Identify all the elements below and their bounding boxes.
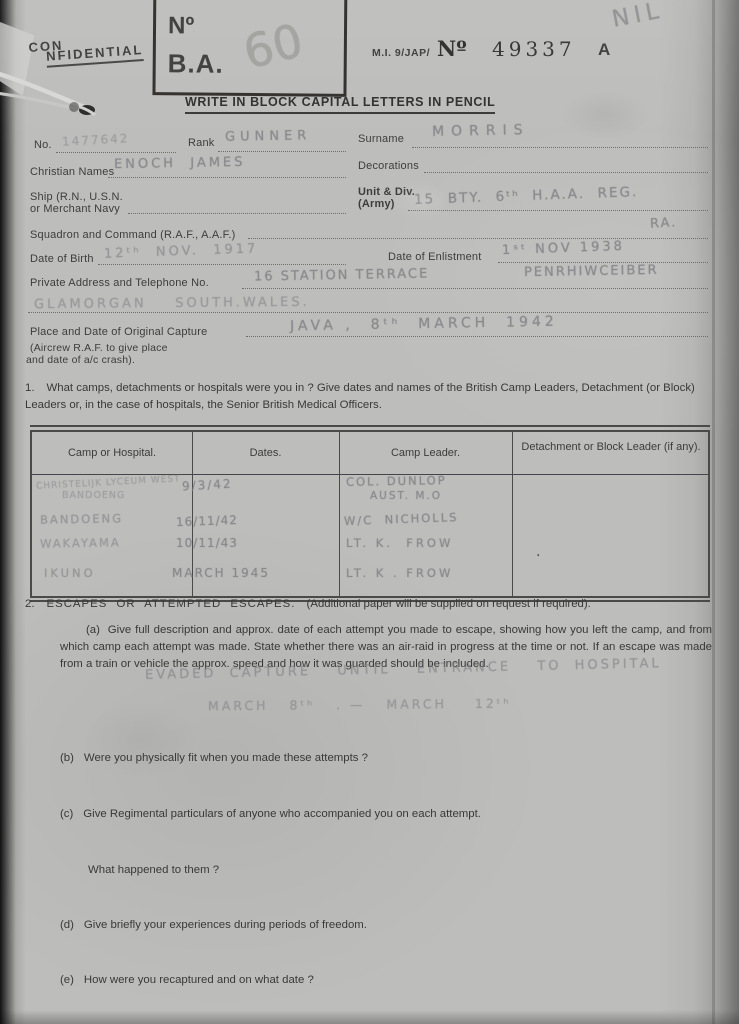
field-address-value-line1: 16 STATION TERRACE xyxy=(254,266,430,284)
field-address-label: Private Address and Telephone No. xyxy=(30,277,209,289)
field-capture-note-line2: and date of a/c crash). xyxy=(26,354,135,366)
mi9-no-label: Nº xyxy=(437,36,467,61)
question-2b: (b)Were you physically fit when you made… xyxy=(60,750,368,767)
paper-smudge xyxy=(560,90,650,140)
table-header-camp: Camp or Hospital. xyxy=(32,446,192,460)
table-row3-detachment: . xyxy=(536,544,540,560)
camps-table: Camp or Hospital. Dates. Camp Leader. De… xyxy=(30,430,710,598)
paper-smudge xyxy=(80,700,200,780)
block-stamp-no: Nº xyxy=(168,12,194,40)
question-1-number: 1. xyxy=(25,382,35,394)
field-dob-line xyxy=(98,264,346,265)
question-1-text: What camps, detachments or hospitals wer… xyxy=(25,382,695,411)
nil-annotation: NIL xyxy=(610,0,666,33)
table-row4-date: MARCH 1945 xyxy=(172,566,270,580)
table-row2-date: 16/11/42 xyxy=(176,513,238,529)
question-2d: (d)Give briefly your experiences during … xyxy=(60,917,367,934)
field-address-value-line1b: PENRHIWCEIBER xyxy=(524,263,659,280)
table-row4-camp: IKUNO xyxy=(44,566,96,580)
string-knot xyxy=(69,102,79,112)
question-2b-label: (b) xyxy=(60,752,74,764)
question-2d-text: Give briefly your experiences during per… xyxy=(84,919,367,931)
question-2e-text: How were you recaptured and on what date… xyxy=(84,974,314,986)
block-stamp-word: BLOCK xyxy=(168,0,279,4)
file-suffix: A xyxy=(598,40,610,60)
field-address-line1 xyxy=(242,288,708,289)
field-unit-line xyxy=(408,210,708,211)
question-2e: (e)How were you recaptured and on what d… xyxy=(60,972,314,989)
field-squadron-line xyxy=(248,238,708,239)
question-2e-label: (e) xyxy=(60,974,74,986)
table-row3-leader: LT. K. FROW xyxy=(346,536,453,550)
table-row1-leader-line2: AUST. M.O xyxy=(370,490,442,502)
field-dob-value: 12ᵗʰ NOV. 1917 xyxy=(104,241,259,261)
field-squadron-label: Squadron and Command (R.A.F., A.A.F.) xyxy=(30,229,236,241)
field-no-label: No. xyxy=(34,139,52,151)
question-2-note: (Additional paper will be supplied on re… xyxy=(307,598,591,610)
field-enlistment-value: 1ˢᵗ NOV 1938 xyxy=(502,239,625,258)
field-capture-note-line1: (Aircrew R.A.F. to give place xyxy=(30,342,168,354)
field-unit-label-line2: (Army) xyxy=(358,198,395,210)
field-surname-line xyxy=(412,147,708,148)
instruction-heading: WRITE IN BLOCK CAPITAL LETTERS IN PENCIL xyxy=(185,95,495,114)
field-surname-label: Surname xyxy=(358,133,404,145)
field-christian-names-line xyxy=(108,177,346,178)
table-row4-leader: LT. K . FROW xyxy=(346,566,453,580)
question-2-title: ESCAPES OR ATTEMPTED ESCAPES. xyxy=(47,598,296,610)
field-rank-value: GUNNER xyxy=(225,128,312,145)
block-stamp-box: BLOCK Nº B.A. 60 xyxy=(152,0,347,97)
question-2d-label: (d) xyxy=(60,919,74,931)
page-edge-crease xyxy=(712,0,715,1024)
field-ship-label-line2: or Merchant Navy xyxy=(30,203,120,215)
table-row1-leader: COL. DUNLOP xyxy=(346,473,447,489)
table-row1-date: 9/3/42 xyxy=(182,477,233,494)
field-capture-value: JAVA , 8ᵗʰ MARCH 1942 xyxy=(290,314,558,335)
table-row2-leader: W/C NICHOLLS xyxy=(344,510,459,528)
question-1: 1.What camps, detachments or hospitals w… xyxy=(25,380,717,414)
field-dob-label: Date of Birth xyxy=(30,253,94,265)
escape-answer-line2: MARCH 8ᵗʰ . — MARCH 12ᵗʰ xyxy=(208,696,512,714)
question-2c-text: Give Regimental particulars of anyone wh… xyxy=(83,808,481,820)
field-rank-label: Rank xyxy=(188,137,214,149)
file-number: 49337 xyxy=(492,37,576,61)
question-2c-followup: What happened to them ? xyxy=(88,862,219,879)
table-row2-camp: BANDOENG xyxy=(40,511,123,526)
field-unit-value: 15 BTY. 6ᵗʰ H.A.A. REG. xyxy=(414,184,639,208)
field-unit-label-line1: Unit & Div. xyxy=(358,186,415,198)
field-address-line2 xyxy=(28,312,708,313)
table-row3-camp: WAKAYAMA xyxy=(40,535,121,550)
field-ship-line xyxy=(128,213,346,214)
field-address-value-line2: GLAMORGAN SOUTH.WALES. xyxy=(34,295,310,312)
question-2-number: 2. xyxy=(25,598,35,610)
mi9-prefix: M.I. 9/JAP/ xyxy=(372,47,430,59)
field-christian-names-label: Christian Names xyxy=(30,166,114,178)
question-2c-label: (c) xyxy=(60,808,73,820)
field-no-line xyxy=(56,152,176,153)
field-decorations-label: Decorations xyxy=(358,160,419,172)
question-2c: (c)Give Regimental particulars of anyone… xyxy=(60,806,481,823)
table-row1-camp-line2: BANDOENG xyxy=(62,490,125,501)
field-surname-value: MORRIS xyxy=(432,122,530,140)
block-stamp-ba: B.A. xyxy=(168,48,224,79)
table-header-dates: Dates. xyxy=(192,446,339,460)
field-enlistment-label: Date of Enlistment xyxy=(388,251,481,263)
block-number-handwritten: 60 xyxy=(238,13,308,79)
question-2a-label: (a) xyxy=(86,624,100,636)
question-2-heading: 2.ESCAPES OR ATTEMPTED ESCAPES. (Additio… xyxy=(25,596,717,613)
field-rank-line xyxy=(218,151,346,152)
field-ship-label-line1: Ship (R.N., U.S.N. xyxy=(30,191,123,203)
field-decorations-line xyxy=(424,172,708,173)
field-capture-line xyxy=(246,336,708,337)
table-header-leader: Camp Leader. xyxy=(339,446,512,460)
field-capture-label: Place and Date of Original Capture xyxy=(30,326,207,338)
field-christian-names-value: ENOCH JAMES xyxy=(114,155,246,172)
scanned-pow-form: CON NFIDENTIAL BLOCK Nº B.A. 60 M.I. 9/J… xyxy=(0,0,739,1024)
table-divider-3 xyxy=(512,432,513,596)
table-row3-date: 10/11/43 xyxy=(176,536,238,550)
table-header-detachment: Detachment or Block Leader (if any). xyxy=(518,440,704,454)
question-2b-text: Were you physically fit when you made th… xyxy=(84,752,368,764)
field-unit-value-overflow: RA. xyxy=(650,215,678,231)
